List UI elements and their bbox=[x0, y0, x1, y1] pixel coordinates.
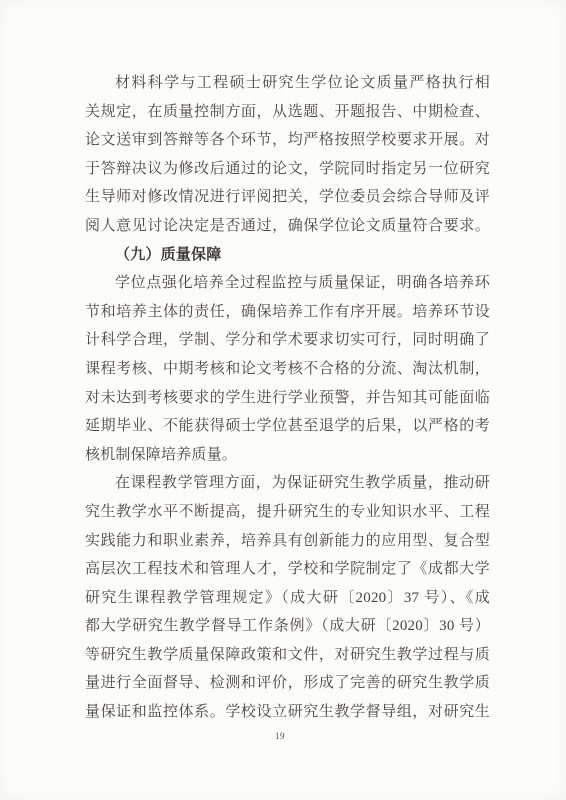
text-line: 论文送审到答辩等各个环节，均严格按照学校要求开展。对 bbox=[85, 126, 490, 155]
text-block: 材料科学与工程硕士研究生学位论文质量严格执行相关规定，在质量控制方面，从选题、开… bbox=[85, 69, 490, 727]
text-line: 延期毕业、不能获得硕士学位甚至退学的后果，以严格的考 bbox=[85, 412, 490, 441]
text-line: 究生教学水平不断提高，提升研究生的专业知识水平、工程 bbox=[85, 498, 490, 527]
text-line: 生导师对修改情况进行评阅把关，学位委员会综合导师及评 bbox=[85, 183, 490, 212]
text-line: 阅人意见讨论决定是否通过，确保学位论文质量符合要求。 bbox=[85, 212, 490, 241]
text-line: 在课程教学管理方面，为保证研究生教学质量，推动研 bbox=[85, 469, 490, 498]
text-line: 课程考核、中期考核和论文考核不合格的分流、淘汰机制， bbox=[85, 355, 490, 384]
page-number: 19 bbox=[0, 731, 560, 741]
text-line: 材料科学与工程硕士研究生学位论文质量严格执行相 bbox=[85, 69, 490, 98]
text-line: 研究生课程教学管理规定》（成大研〔2020〕37 号）、《成 bbox=[85, 584, 490, 613]
text-line: 核机制保障培养质量。 bbox=[85, 441, 490, 470]
text-line: 学位点强化培养全过程监控与质量保证，明确各培养环 bbox=[85, 269, 490, 298]
text-line: 关规定，在质量控制方面，从选题、开题报告、中期检查、 bbox=[85, 98, 490, 127]
text-line: 量保证和监控体系。学校设立研究生教学督导组，对研究生 bbox=[85, 698, 490, 727]
section-heading: （九）质量保障 bbox=[85, 241, 490, 270]
text-line: 于答辩决议为修改后通过的论文，学院同时指定另一位研究 bbox=[85, 155, 490, 184]
text-line: 等研究生教学质量保障政策和文件，对研究生教学过程与质 bbox=[85, 641, 490, 670]
text-line: 实践能力和职业素养，培养具有创新能力的应用型、复合型 bbox=[85, 527, 490, 556]
text-line: 量进行全面督导、检测和评价，形成了完善的研究生教学质 bbox=[85, 669, 490, 698]
text-line: 节和培养主体的责任，确保培养工作有序开展。培养环节设 bbox=[85, 298, 490, 327]
text-line: 都大学研究生教学督导工作条例》（成大研〔2020〕30 号） bbox=[85, 612, 490, 641]
text-line: 对未达到考核要求的学生进行学业预警，并告知其可能面临 bbox=[85, 384, 490, 413]
text-line: 计科学合理，学制、学分和学术要求切实可行，同时明确了 bbox=[85, 326, 490, 355]
text-line: 高层次工程技术和管理人才，学校和学院制定了《成都大学 bbox=[85, 555, 490, 584]
document-page: 材料科学与工程硕士研究生学位论文质量严格执行相关规定，在质量控制方面，从选题、开… bbox=[0, 0, 566, 800]
